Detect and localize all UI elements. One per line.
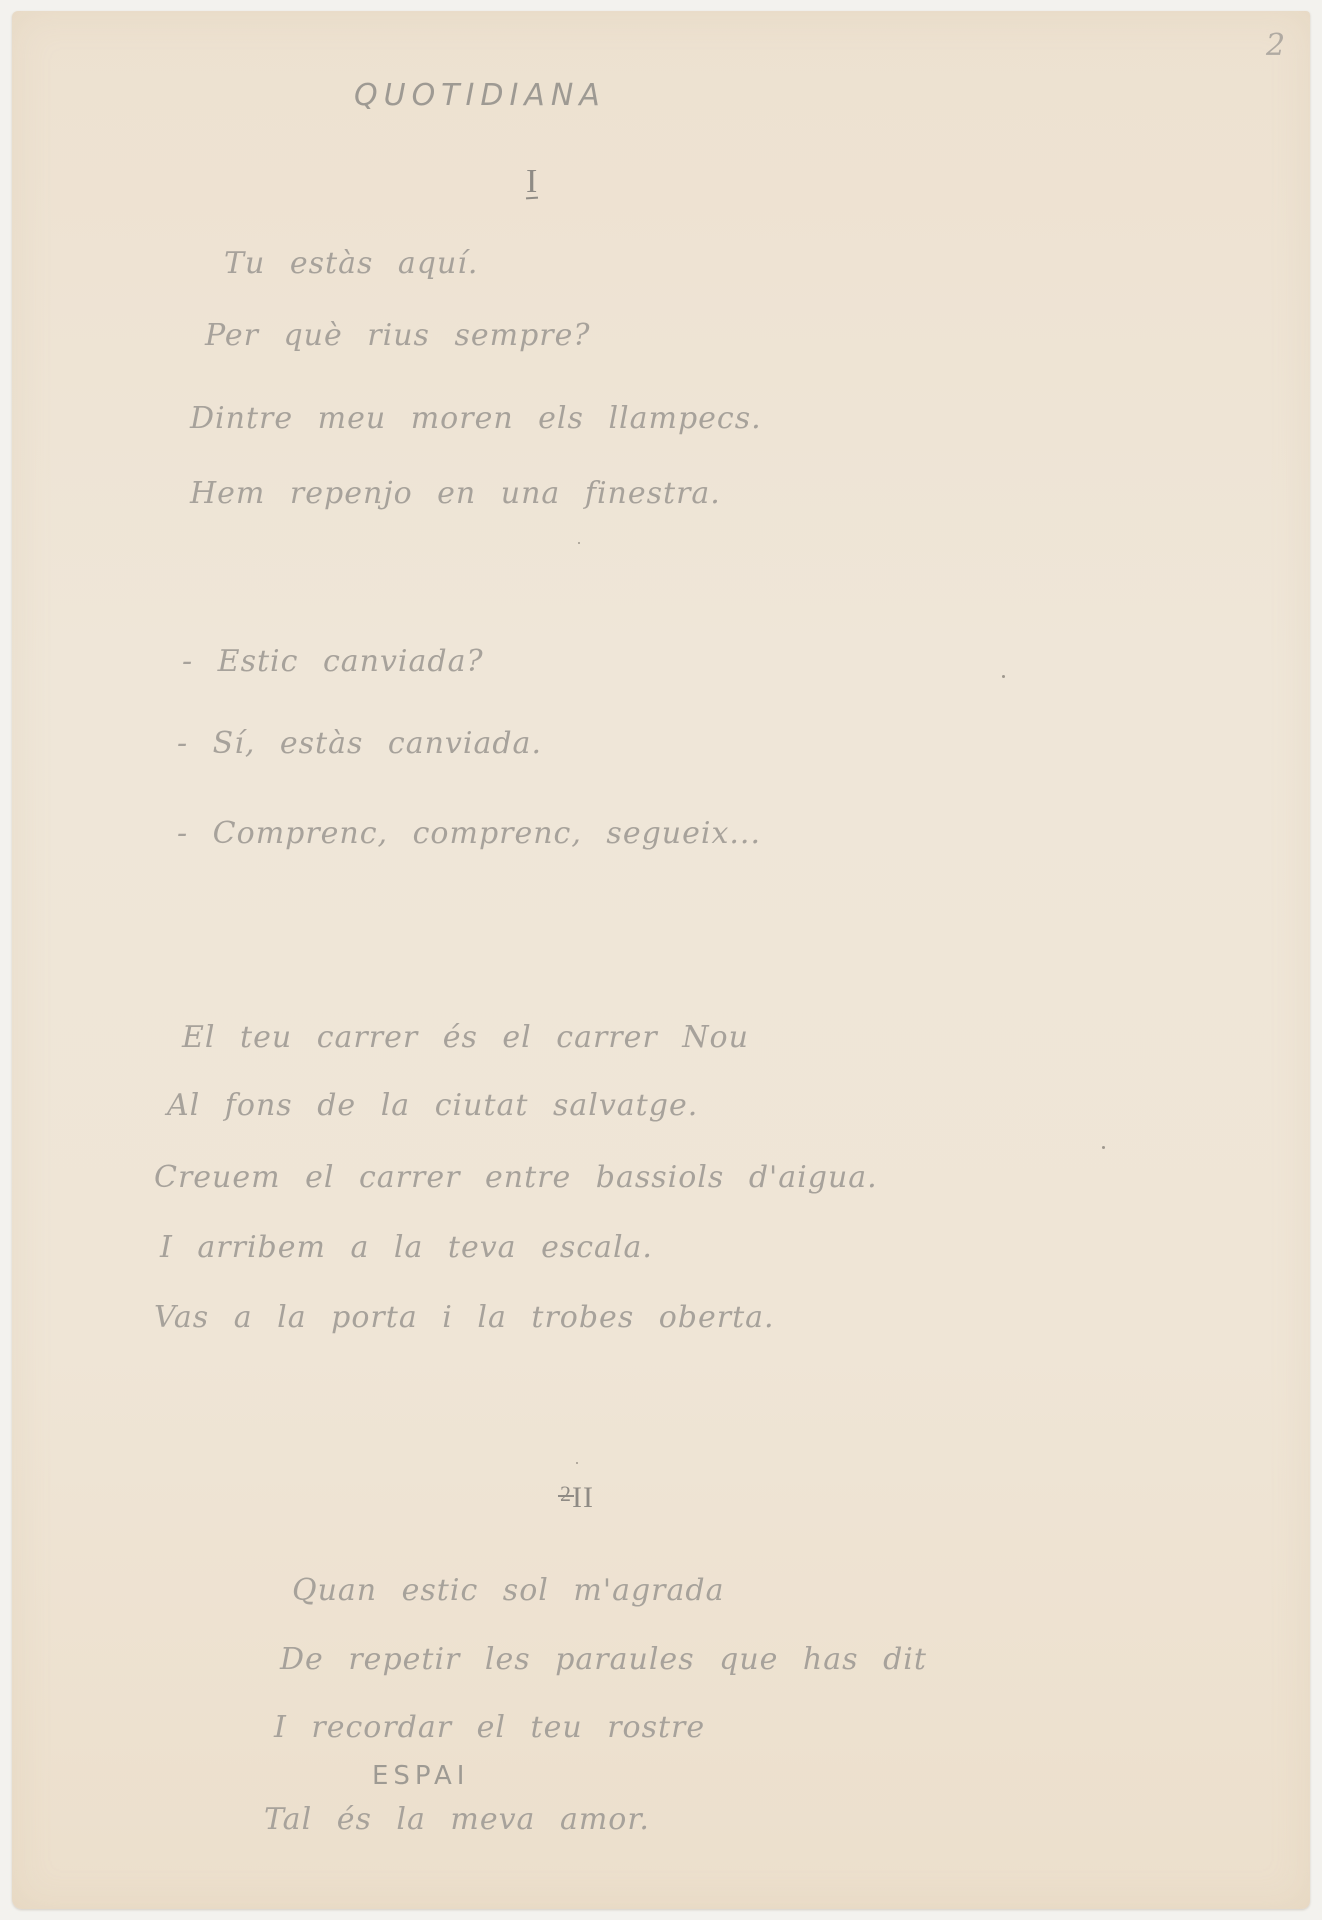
annotation-espai: ESPAI — [372, 1763, 469, 1789]
verse-line: Per què rius sempre? — [205, 321, 590, 351]
verse-line: - Sí, estàs canviada. — [177, 729, 542, 759]
verse-line: Dintre meu moren els llampecs. — [190, 404, 762, 434]
verse-line: Tu estàs aquí. — [224, 249, 478, 279]
verse-line: - Estic canviada? — [182, 647, 484, 677]
verse-line: Creuem el carrer entre bassiols d'aigua. — [154, 1163, 878, 1193]
verse-line: Hem repenjo en una finestra. — [190, 479, 721, 509]
verse-line: Tal és la meva amor. — [264, 1805, 650, 1835]
section-numeral-1: I — [526, 165, 538, 199]
verse-line: De repetir les paraules que has dit — [280, 1645, 927, 1675]
page-number: 2 — [1266, 31, 1286, 61]
section-numeral-2-text: II — [572, 1481, 594, 1514]
section-numeral-1-text: I — [526, 163, 538, 200]
verse-line: El teu carrer és el carrer Nou — [182, 1023, 749, 1053]
verse-line: I recordar el teu rostre — [274, 1713, 705, 1743]
paper-speck — [578, 542, 580, 544]
verse-line: - Comprenc, comprenc, segueix... — [177, 819, 761, 849]
struck-numeral: 2 — [560, 1483, 572, 1505]
manuscript-page: 2 QUOTIDIANA I Tu estàs aquí. Per què ri… — [12, 11, 1310, 1909]
verse-line: Quan estic sol m'agrada — [292, 1576, 725, 1606]
paper-speck — [576, 1462, 578, 1464]
section-numeral-2: 2II — [560, 1483, 594, 1513]
verse-line: Vas a la porta i la trobes oberta. — [154, 1303, 775, 1333]
paper-speck — [1102, 1146, 1105, 1149]
poem-title: QUOTIDIANA — [354, 81, 606, 111]
verse-line: Al fons de la ciutat salvatge. — [167, 1091, 698, 1121]
paper-speck — [1002, 675, 1005, 678]
verse-line: I arribem a la teva escala. — [160, 1233, 653, 1263]
